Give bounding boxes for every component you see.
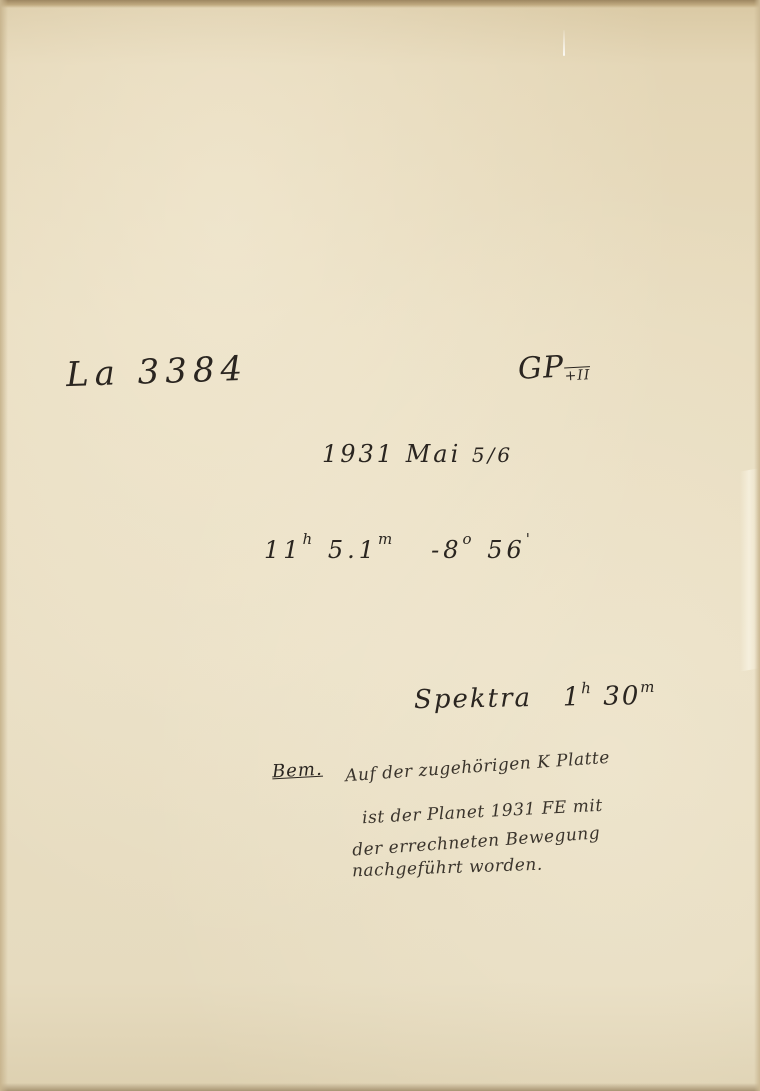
dec-degrees: -8 [431, 536, 462, 564]
paper-crease-mark [563, 30, 565, 56]
paper-edge-bottom [0, 1083, 760, 1091]
ra-minutes: 5.1 [328, 536, 378, 564]
plate-id: La 3384 [65, 349, 248, 395]
remark-line: ist der Planet 1931 FE mit [362, 796, 604, 829]
sky-coordinates: 11h 5.1m -8o 56' [264, 530, 534, 564]
paper-sheen [740, 468, 758, 671]
exposure-minutes-unit: m [640, 678, 657, 696]
observer-initials: GP [517, 349, 565, 386]
remark-label: Bem. [271, 759, 323, 783]
dec-minutes: 56 [487, 536, 526, 564]
observer-mark: GP+II [517, 348, 591, 387]
document-sheet: La 3384 GP+II 1931 Mai 5/6 11h 5.1m -8o … [0, 0, 760, 1091]
ra-hours-unit: h [303, 530, 317, 548]
dec-degrees-unit: o [463, 530, 476, 548]
paper-edge-top [0, 0, 760, 8]
dec-minutes-unit: ' [526, 530, 534, 548]
paper-edge-left [0, 0, 8, 1091]
remark-line: Auf der zugehörigen K Platte [345, 748, 611, 786]
observer-suffix: +II [564, 367, 591, 384]
exposure-label: Spektra [414, 683, 532, 715]
ra-minutes-unit: m [378, 530, 396, 548]
date-day-fraction: 5/6 [472, 443, 513, 467]
exposure-info: Spektra 1h 30m [414, 678, 657, 715]
date-year-month: 1931 Mai [322, 440, 461, 468]
ra-hours: 11 [264, 536, 303, 564]
exposure-hours: 1 [563, 682, 582, 712]
exposure-hours-unit: h [581, 679, 593, 697]
observation-date: 1931 Mai 5/6 [322, 440, 513, 468]
remark-line: der errechneten Bewegung [352, 823, 601, 860]
exposure-minutes: 30 [603, 681, 641, 712]
